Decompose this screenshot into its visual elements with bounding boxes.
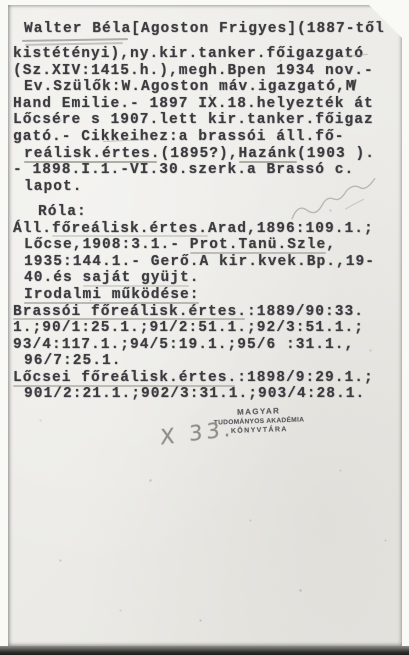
typed-line: 40.és saját gyüjt. <box>13 270 398 287</box>
typed-line: 93/4:117.1.;94/5:19.1.;95/6 :31.1., <box>13 337 398 354</box>
typed-line: Lőcsei főreálisk.értes.:1898/9:29.1.; <box>13 370 398 387</box>
typed-line: kistétényi),ny.kir.tanker.főigazgató <box>13 46 398 63</box>
typed-line: 901/2:21.1.;902/3:31.1.;903/4:28.1. <box>13 386 398 403</box>
typed-line: gató.- Cikkeihez:a brassói áll.fő- <box>13 129 398 146</box>
underline-hazank <box>239 161 297 163</box>
underline-realisk-ertes <box>24 161 157 163</box>
underline-brassoi-forealisk <box>13 318 245 320</box>
underline-locsei-forealisk <box>13 385 235 387</box>
typed-line: Walter Béla[Agoston Frigyes](1887-től <box>13 21 398 38</box>
typed-line: reálisk.értes.(1895?),Hazánk(1903 ). <box>13 146 398 163</box>
typed-line: 1935:144.1.- Gerő.A kir.kvek.Bp.,19- <box>13 254 398 271</box>
underline-sajat-gyujt <box>83 285 189 287</box>
typed-line: (Sz.XIV:1415.h.),megh.Bpen 1934 nov.- <box>13 63 398 80</box>
typed-line: - 1898.I.1.-VI.30.szerk.a Brassó c. <box>13 162 398 179</box>
typed-line: Lőcsére s 1907.lett kir.tanker.főigaz <box>13 112 398 129</box>
scanned-catalog-card-page: { "card": { "lines": [ {"text": "Walter … <box>0 0 409 655</box>
paper-speckles <box>0 0 1 1</box>
underline-prot-tanu-szle <box>190 252 326 254</box>
underline-irodalmi-mukodese <box>24 302 199 304</box>
typed-line: Ev.Szülők:W.Agoston máv.igazgató,M̸ <box>13 79 398 96</box>
underline-all-forealisk <box>52 235 208 237</box>
scan-edge-band <box>0 646 409 655</box>
typed-line: 1.;90/1:25.1.;91/2:51.1.;92/3:51.1.; <box>13 320 398 337</box>
typed-line: 96/7:25.1. <box>13 353 398 370</box>
typed-line: Irodalmi működése: <box>13 287 398 304</box>
typed-line: Hand Emilie.- 1897 IX.18.helyezték át <box>13 96 398 113</box>
